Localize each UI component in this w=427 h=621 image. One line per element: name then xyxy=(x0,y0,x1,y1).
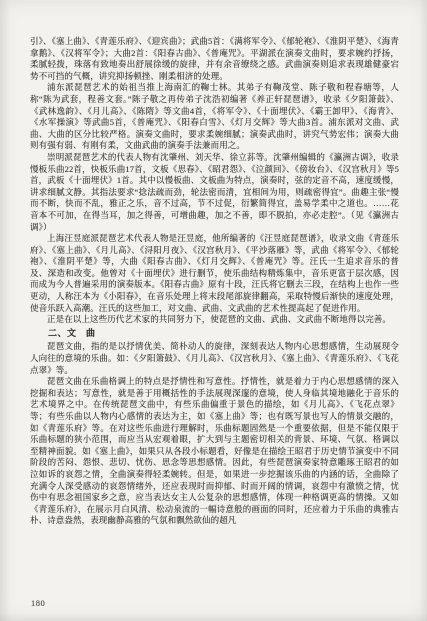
page-number: 180 xyxy=(31,598,45,608)
body-text: 引》、《塞上曲》、《青莲乐府》、《迎宾曲》；武曲5首：《满将军令》、《郁轮袍》、… xyxy=(30,36,399,527)
paragraph-pudong-school: 浦东派琵琶艺术的始祖当推上海南汇的鞠士林。其弟子有鞠茂堂、陈子敬和程春塘等，人称… xyxy=(30,82,399,152)
paragraph-summary: 正是在以上这些历代艺术家的共同努力下，使琵琶的文曲、武曲、文武曲不断地得以完善。 xyxy=(30,314,399,326)
paragraph-wenqu-intro: 琵琶文曲，指的是以抒情优美、简朴动人的旋律，深刻表达人物内心思想感情，生动展现令… xyxy=(30,341,399,376)
section-heading: 二、文 曲 xyxy=(30,328,399,340)
paragraph-wenqu-style: 琵琶文曲在乐曲格调上的特点是抒情性和写意性。抒情性，就是着力于内心思想感情的深入… xyxy=(30,376,399,527)
scanned-book-page: 引》、《塞上曲》、《青莲乐府》、《迎宾曲》；武曲5首：《满将军令》、《郁轮袍》、… xyxy=(0,0,427,621)
paragraph-wang-school: 上海汪昱庭派琵琶艺术代表人物是汪昱庭，他所编著的《汪昱庭琵琶谱》，收录文曲《青莲… xyxy=(30,233,399,314)
paragraph-chongming-school: 崇明派琵琶艺术的代表人物有沈肇州、刘天华、徐立荪等。沈肇州编辑的《瀛洲古调》，收… xyxy=(30,152,399,233)
paragraph-continuation: 引》、《塞上曲》、《青莲乐府》、《迎宾曲》；武曲5首：《满将军令》、《郁轮袍》、… xyxy=(30,36,399,82)
